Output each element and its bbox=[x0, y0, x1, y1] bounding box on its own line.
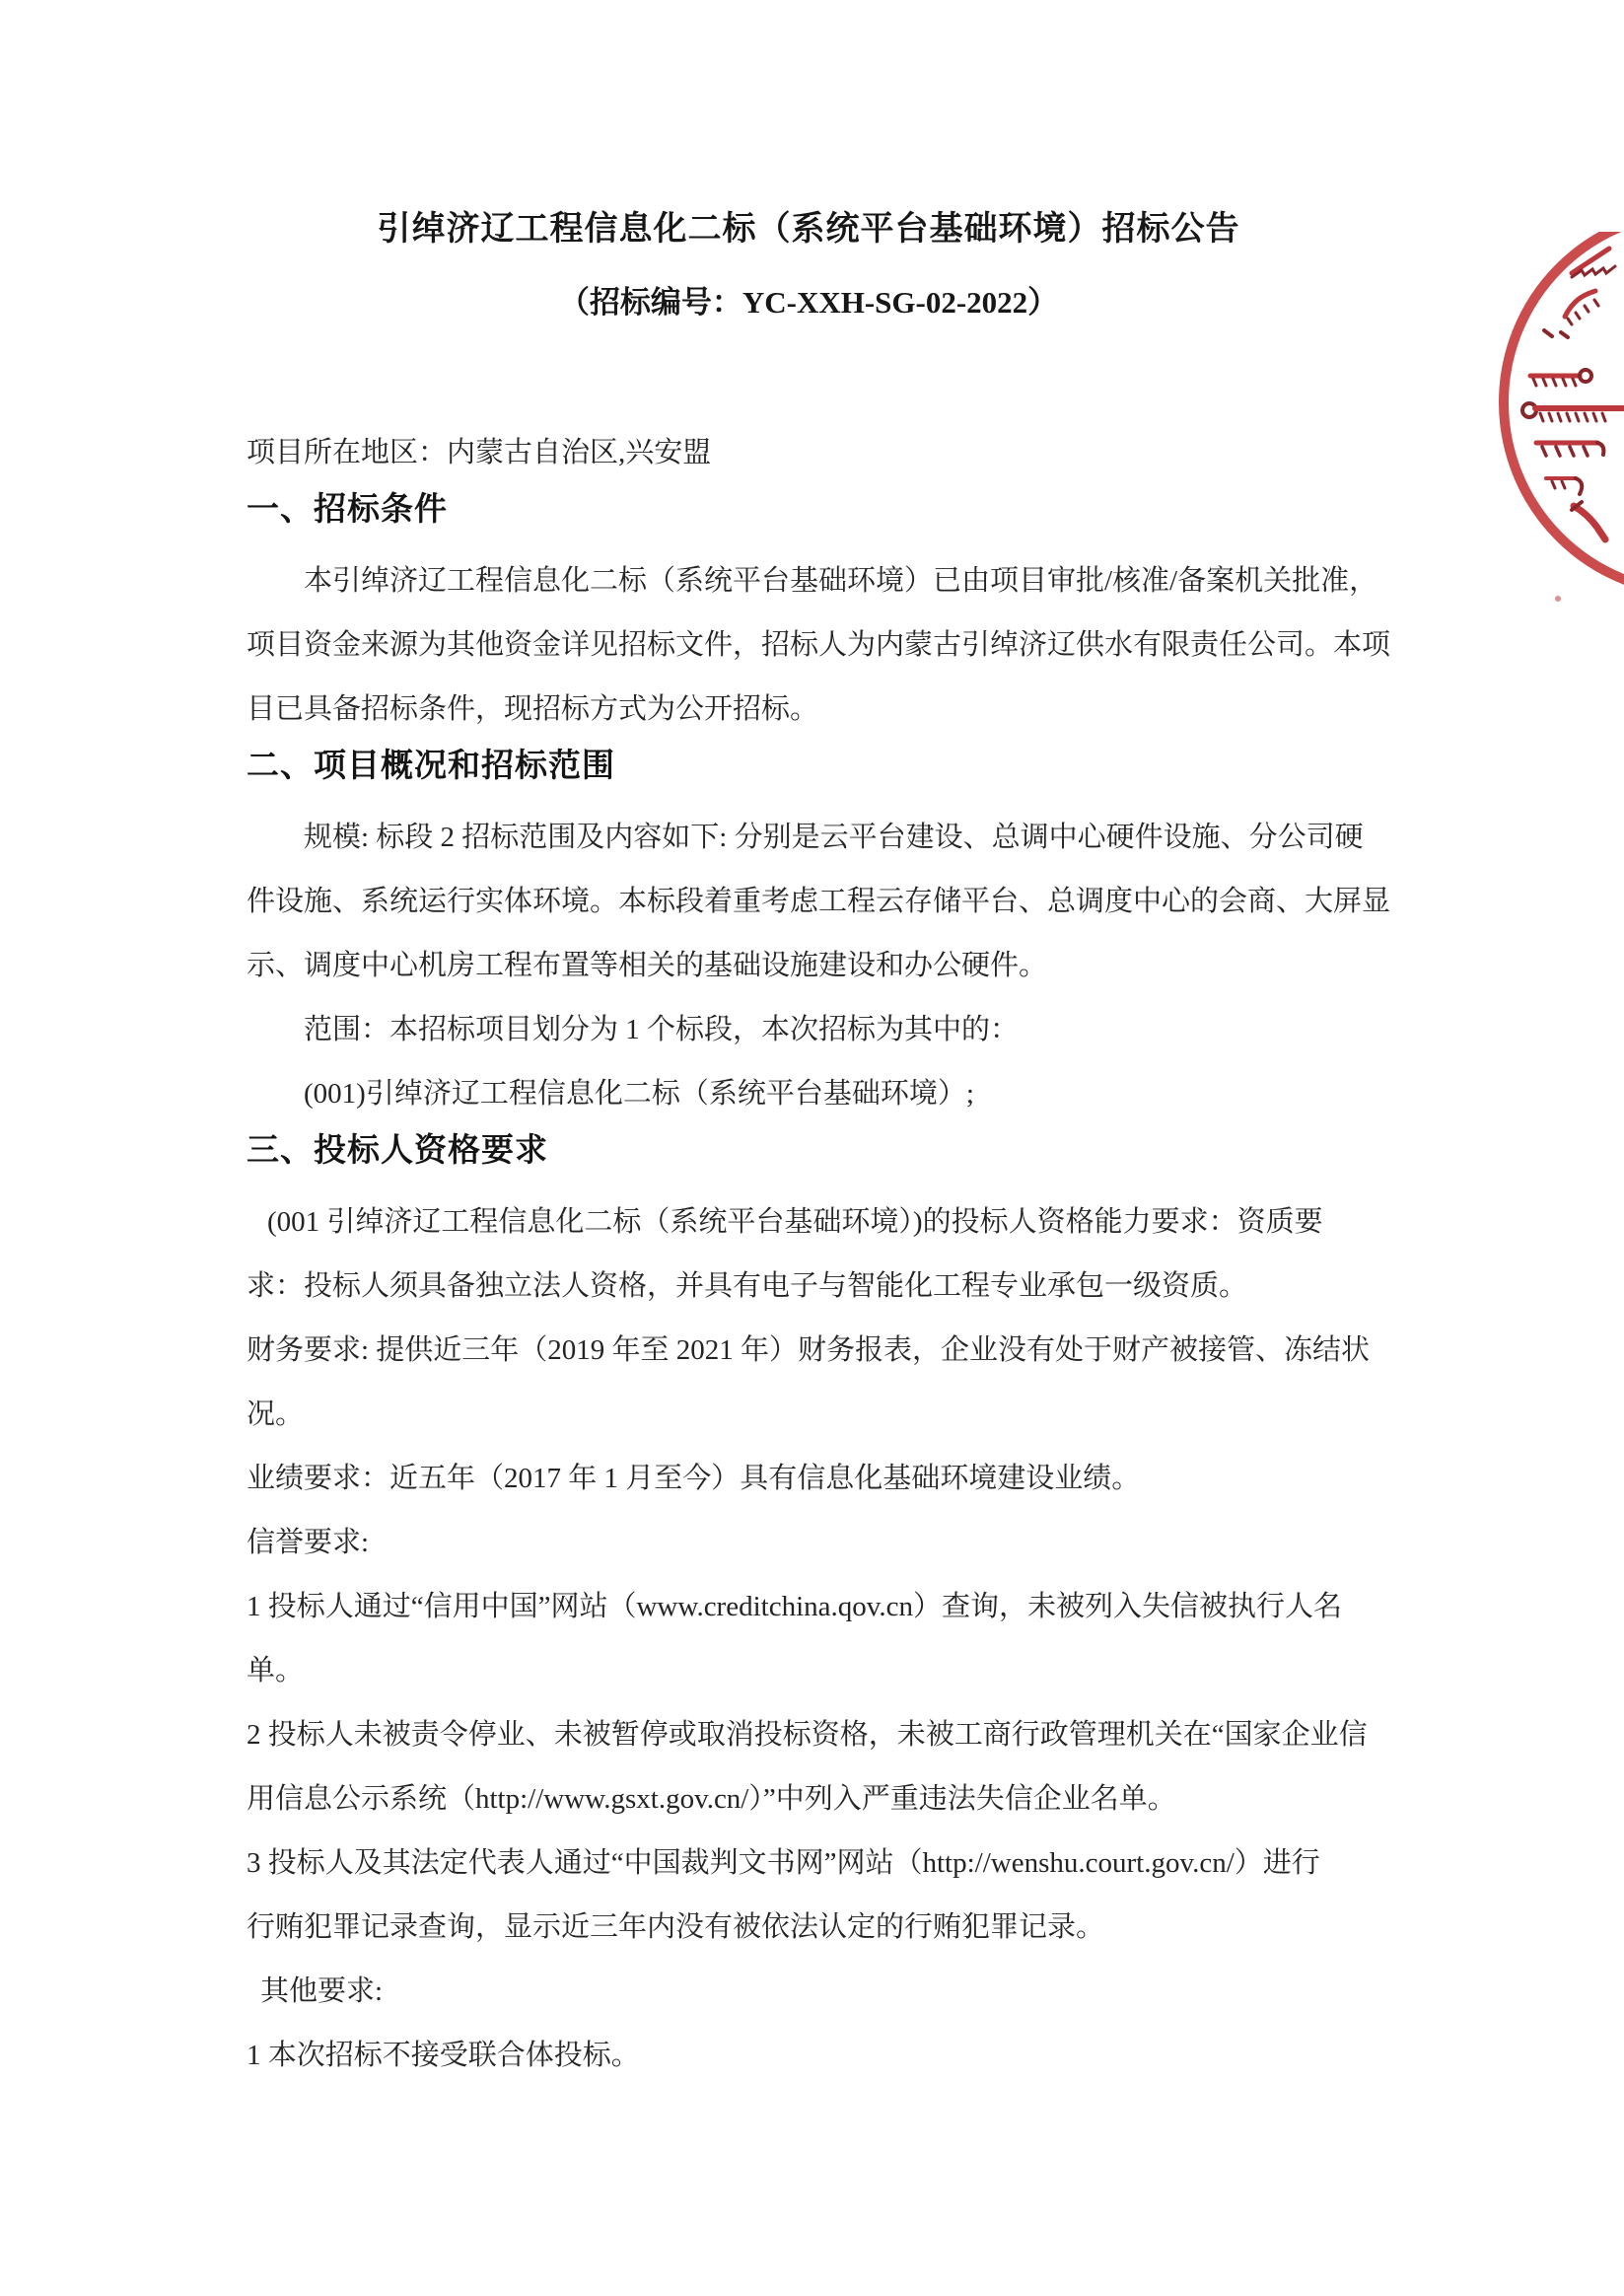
document-body: 项目所在地区：内蒙古自治区,兴安盟一、招标条件本引绰济辽工程信息化二标（系统平台… bbox=[247, 421, 1380, 2088]
red-official-seal-icon bbox=[1489, 232, 1624, 626]
section-heading: 三、投标人资格要求 bbox=[247, 1119, 1380, 1183]
text-line: 项目所在地区：内蒙古自治区,兴安盟 bbox=[247, 421, 1380, 485]
text-line: (001)引绰济辽工程信息化二标（系统平台基础环境）; bbox=[247, 1062, 1380, 1126]
text-line: 财务要求: 提供近三年（2019 年至 2021 年）财务报表，企业没有处于财产… bbox=[247, 1319, 1380, 1383]
text-line: 1 投标人通过“信用中国”网站（www.creditchina.qov.cn）查… bbox=[247, 1575, 1380, 1639]
document-page: 引绰济辽工程信息化二标（系统平台基础环境）招标公告 （招标编号：YC-XXH-S… bbox=[0, 0, 1624, 2296]
text-line: 1 本次招标不接受联合体投标。 bbox=[247, 2024, 1380, 2088]
section-heading: 一、招标条件 bbox=[247, 478, 1380, 541]
text-line: 件设施、系统运行实体环境。本标段着重考虑工程云存储平台、总调度中心的会商、大屏显 bbox=[247, 870, 1380, 934]
text-line: 单。 bbox=[247, 1639, 1380, 1703]
text-line: 项目资金来源为其他资金详见招标文件，招标人为内蒙古引绰济辽供水有限责任公司。本项 bbox=[247, 613, 1380, 678]
text-line: 信誉要求: bbox=[247, 1511, 1380, 1575]
text-line: 目已具备招标条件，现招标方式为公开招标。 bbox=[247, 678, 1380, 742]
page-title: 引绰济辽工程信息化二标（系统平台基础环境）招标公告 bbox=[247, 201, 1371, 250]
text-line: 示、调度中心机房工程布置等相关的基础设施建设和办公硬件。 bbox=[247, 934, 1380, 998]
text-line: 范围：本招标项目划分为 1 个标段，本次招标为其中的： bbox=[247, 998, 1380, 1062]
tender-number: （招标编号：YC-XXH-SG-02-2022） bbox=[247, 277, 1371, 322]
section-heading: 二、项目概况和招标范围 bbox=[247, 735, 1380, 798]
text-line: 业绩要求：近五年（2017 年 1 月至今）具有信息化基础环境建设业绩。 bbox=[247, 1447, 1380, 1511]
text-line: 求：投标人须具备独立法人资格，并具有电子与智能化工程专业承包一级资质。 bbox=[247, 1255, 1380, 1319]
text-line: 用信息公示系统（http://www.gsxt.gov.cn/）”中列入严重违法… bbox=[247, 1767, 1380, 1831]
text-line: 本引绰济辽工程信息化二标（系统平台基础环境）已由项目审批/核准/备案机关批准， bbox=[247, 549, 1380, 613]
text-line: (001 引绰济辽工程信息化二标（系统平台基础环境）)的投标人资格能力要求：资质… bbox=[247, 1190, 1380, 1255]
text-line: 3 投标人及其法定代表人通过“中国裁判文书网”网站（http://wenshu.… bbox=[247, 1831, 1380, 1896]
text-line: 行贿犯罪记录查询，显示近三年内没有被依法认定的行贿犯罪记录。 bbox=[247, 1896, 1380, 1960]
text-line: 况。 bbox=[247, 1383, 1380, 1447]
seal-ink-dot bbox=[1555, 596, 1561, 602]
text-line: 规模: 标段 2 招标范围及内容如下: 分别是云平台建设、总调中心硬件设施、分公… bbox=[247, 806, 1380, 870]
text-line: 2 投标人未被责令停业、未被暂停或取消投标资格，未被工商行政管理机关在“国家企业… bbox=[247, 1703, 1380, 1767]
text-line: 其他要求: bbox=[247, 1960, 1380, 2024]
